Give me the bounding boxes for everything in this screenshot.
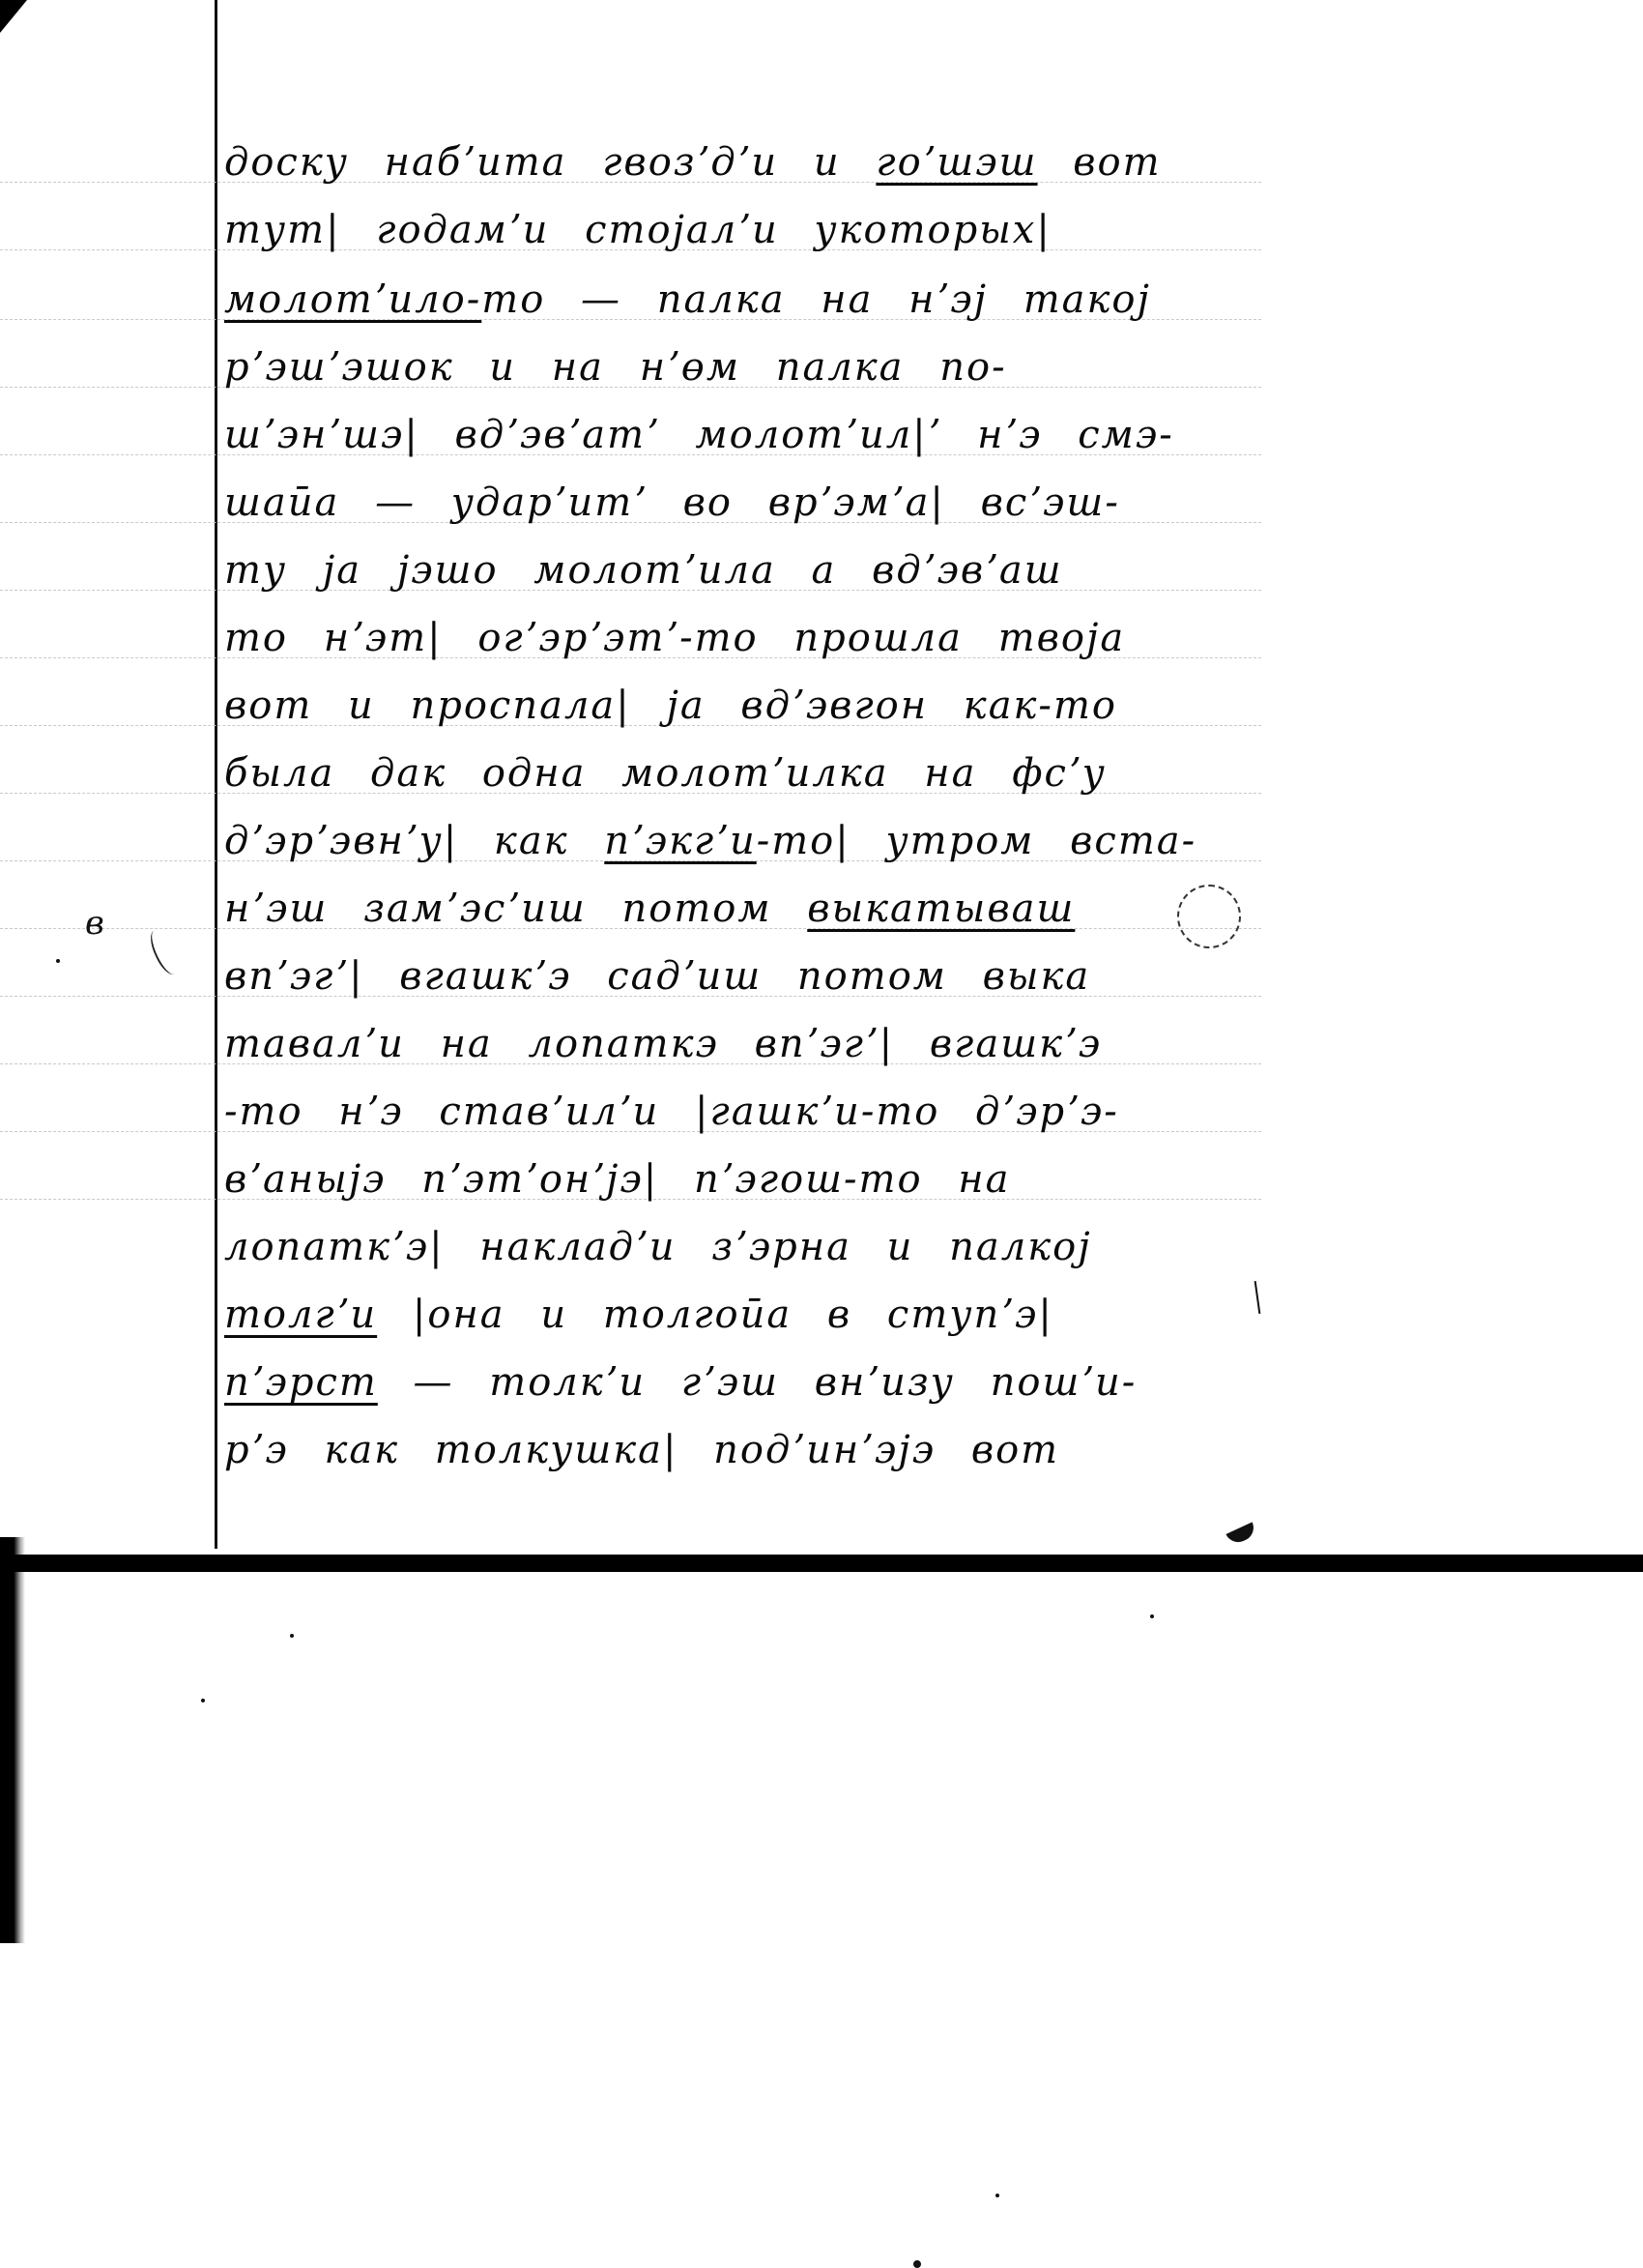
text-line: дʼэрʼэвнʼу| как пʼэкгʼи-то| утром вста- <box>224 822 1196 860</box>
circled-correction-mark <box>1177 885 1241 948</box>
underlined-word: пʼэкгʼи <box>604 819 756 863</box>
scan-speck <box>1150 1614 1154 1618</box>
underlined-word: выкатываш <box>807 887 1075 931</box>
text-line: рʼэ как толкушка| подʼинʼэjэ вот <box>224 1431 1059 1469</box>
text-line: впʼэгʼ| вгашкʼэ садʼиш потом выка <box>224 957 1090 996</box>
underlined-word: молотʼило- <box>224 277 481 322</box>
ink-blot-mark <box>1225 1522 1257 1546</box>
scan-corner-smudge <box>0 0 27 33</box>
margin-bracket-mark <box>145 926 183 978</box>
text-line: шаӣа — ударʼитʼ во врʼэмʼа| всʼэш- <box>224 483 1120 522</box>
scan-speck <box>913 2260 921 2268</box>
text-line: доску набʼита гвозʼдʼи и гоʼшэш вот <box>224 143 1162 182</box>
text-line: пʼэрст — толкʼи гʼэш внʼизу пошʼи- <box>224 1363 1137 1402</box>
notebook-page: доску набʼита гвозʼдʼи и гоʼшэш вот тут|… <box>0 0 1643 2268</box>
scan-left-edge-shadow <box>0 1537 25 1943</box>
text-line: рʼэшʼэшок и на нʼөм палка по- <box>224 348 1007 387</box>
text-line: тавалʼи на лопаткэ впʼэгʼ| вгашкʼэ <box>224 1025 1102 1063</box>
text-line: лопаткʼэ| накладʼи зʼэрна и палкоj <box>224 1228 1092 1266</box>
scan-speck <box>56 959 60 963</box>
margin-line <box>215 0 217 1549</box>
text-line: шʼэнʼшэ| вдʼэвʼатʼ молотʼил|ʼ нʼэ смэ- <box>224 416 1174 454</box>
text-line: была дак одна молотʼилка на фсʼу <box>224 754 1107 793</box>
margin-annotation: в <box>85 904 104 943</box>
underlined-word: гоʼшэш <box>876 140 1037 185</box>
text-line: молотʼило-то — палка на нʼэj такоj <box>224 280 1151 319</box>
scan-speck <box>201 1699 205 1702</box>
scan-speck <box>995 2194 999 2197</box>
text-line: -то нʼэ ставʼилʼи |гашкʼи-то дʼэрʼэ- <box>224 1092 1119 1131</box>
text-line: тут| годамʼи стоjалʼи укоторых| <box>224 211 1052 249</box>
scan-page-edge-bar <box>0 1555 1643 1572</box>
underlined-word: толгʼи <box>224 1293 377 1337</box>
underlined-word: пʼэрст <box>224 1360 378 1405</box>
text-line: вʼаныjэ пʼэтʼонʼjэ| пʼэгош-то на <box>224 1160 1010 1199</box>
text-line: толгʼи |она и толгоӣа в ступʼэ| <box>224 1295 1053 1334</box>
text-line: то нʼэт| огʼэрʼэтʼ-то прошла твоjа <box>224 619 1125 657</box>
scan-speck <box>290 1634 294 1638</box>
text-line: вот и проспала| jа вдʼэвгон как-то <box>224 686 1117 725</box>
text-line: нʼэш замʼэсʼиш потом выкатываш <box>224 889 1075 928</box>
text-line: ту jа jэшо молотʼила а вдʼэвʼаш <box>224 551 1063 590</box>
margin-tick-mark <box>1254 1281 1261 1314</box>
